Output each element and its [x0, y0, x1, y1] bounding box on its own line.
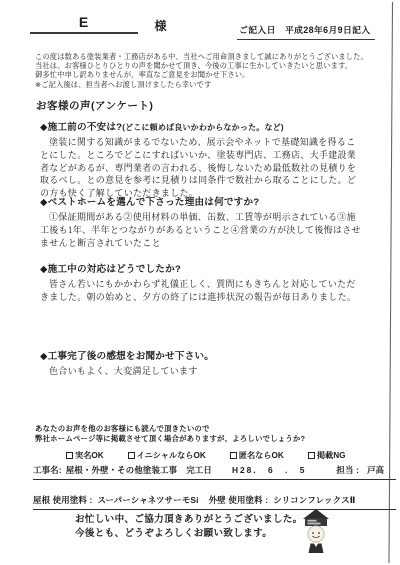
wall-paint-label: 外壁 使用塗料 : — [209, 494, 269, 506]
roof-paint-label: 屋根 使用塗料 : — [33, 494, 93, 506]
consent-line: 弊社ホームページ等に掲載させて頂く場合がありますが、よろしいでしょうか? — [35, 434, 375, 444]
answer-text: 色合いもよく、大変満足しています — [40, 365, 364, 378]
customer-name: E — [30, 14, 138, 34]
intro-line: 御多忙中申し訳ありませんが、率直なご意見をお聞かせ下さい。 — [35, 70, 380, 79]
work-name-label: 工事名: — [33, 464, 62, 476]
question-label: ◆ベストホームを選んで下さった理由は何ですか? — [40, 194, 370, 208]
consent-line: あなたのお声を他のお客様にも読んで頂きたいので — [35, 424, 375, 434]
entry-date: ご記入日 平成28年6月9日記入 — [237, 23, 375, 40]
checkbox-icon — [230, 452, 237, 459]
question-text: ◆施工前の不安は? — [40, 122, 122, 133]
checkbox-icon — [128, 452, 135, 459]
checkbox-option-no-publication: 掲載NG — [308, 450, 346, 461]
closing-line: 今後とも、どうぞよろしくお願い致します。 — [75, 527, 305, 541]
closing-line: お忙しい中、ご協力頂きありがとうございました。 — [75, 513, 305, 527]
work-info-line: 工事名: 屋根・外壁・その他塗装工事 完工日 H28. 6 . 5 担当 : 戸… — [33, 464, 396, 480]
answer-text: 皆さん若いにもかかわらず礼儀正しく、質問にもきちんと対応していただきました。朝の… — [40, 278, 364, 304]
question-note: (どこに頼めば良いかわからなかった。など) — [122, 123, 284, 132]
closing-message: お忙しい中、ご協力頂きありがとうございました。 今後とも、どうぞよろしくお願い致… — [75, 513, 305, 540]
question-block-post-completion: ◆工事完了後の感想をお聞かせ下さい。 色合いもよく、大変満足しています — [40, 348, 370, 378]
staff-label: 担当 : — [336, 464, 359, 476]
answer-text: ①保証期間がある②使用材料の単価、缶数、工賃等が明示されている③施工後も1年、半… — [40, 211, 364, 249]
checkbox-label: 掲載NG — [317, 451, 346, 460]
mascot-character-icon — [301, 508, 331, 559]
checkbox-label: イニシャルならOK — [137, 451, 206, 460]
question-label: ◆施工中の対応はどうでしたか? — [40, 261, 370, 275]
intro-line: この度は数ある塗装業者・工務店がある中、当社へご用命頂きまして誠にありがとうござ… — [35, 52, 380, 61]
answer-text: 塗装に関する知識がまるでないため、展示会やネットで基礎知識を得ることにした。とこ… — [40, 136, 364, 200]
customer-name-field: E 様 — [30, 14, 166, 34]
question-text: ◆施工中の対応はどうでしたか? — [40, 264, 181, 275]
checkbox-icon — [308, 452, 315, 459]
question-text: ◆ベストホームを選んで下さった理由は何ですか? — [40, 197, 259, 208]
question-label: ◆施工前の不安は?(どこに頼めば良いかわからなかった。など) — [40, 119, 370, 133]
roof-paint-value: スーパーシャネツサーモSi — [98, 494, 199, 506]
publication-consent-text: あなたのお声を他のお客様にも読んで頂きたいので 弊社ホームページ等に掲載させて頂… — [35, 424, 375, 444]
question-block-reason-for-choosing: ◆ベストホームを選んで下さった理由は何ですか? ①保証期間がある②使用材料の単価… — [40, 194, 370, 249]
question-block-pre-construction-concerns: ◆施工前の不安は?(どこに頼めば良いかわからなかった。など) 塗装に関する知識が… — [40, 119, 370, 200]
checkbox-label: 実名OK — [75, 451, 104, 460]
paint-info-line: 屋根 使用塗料 : スーパーシャネツサーモSi 外壁 使用塗料 : シリコンフレ… — [33, 494, 396, 510]
intro-paragraph: この度は数ある塗装業者・工務店がある中、当社へご用命頂きまして誠にありがとうござ… — [35, 52, 380, 89]
survey-title: お客様の声(アンケート) — [36, 98, 153, 113]
checkbox-option-real-name: 実名OK — [66, 450, 104, 461]
intro-line: ※ご記入後は、担当者へお渡し頂けましたら幸いです — [35, 80, 380, 89]
checkbox-icon — [66, 452, 73, 459]
question-text: ◆工事完了後の感想をお聞かせ下さい。 — [40, 351, 214, 362]
staff-name: 戸高 — [367, 464, 384, 476]
completion-date-value: H28. 6 . 5 — [232, 464, 306, 476]
honorific-label: 様 — [154, 19, 166, 33]
question-label: ◆工事完了後の感想をお聞かせ下さい。 — [40, 348, 370, 362]
checkbox-label: 匿名ならOK — [239, 451, 284, 460]
work-name-value: 屋根・外壁・その他塗装工事 — [66, 464, 177, 476]
scanned-survey-page: E 様 ご記入日 平成28年6月9日記入 この度は数ある塗装業者・工務店がある中… — [0, 0, 400, 565]
checkbox-option-initials: イニシャルならOK — [128, 450, 206, 461]
question-block-during-construction: ◆施工中の対応はどうでしたか? 皆さん若いにもかかわらず礼儀正しく、質問にもきち… — [40, 261, 370, 304]
consent-options: 実名OK イニシャルならOK 匿名ならOK 掲載NG — [66, 450, 346, 461]
intro-line: 当社は、お客様ひとりひとりの声を聞かせて頂き、今後の工事に生かしていきたいと思い… — [35, 61, 380, 70]
wall-paint-value: シリコンフレックスⅡ — [273, 494, 355, 506]
completion-date-label: 完工日 — [186, 464, 212, 476]
checkbox-option-anonymous: 匿名ならOK — [230, 450, 284, 461]
